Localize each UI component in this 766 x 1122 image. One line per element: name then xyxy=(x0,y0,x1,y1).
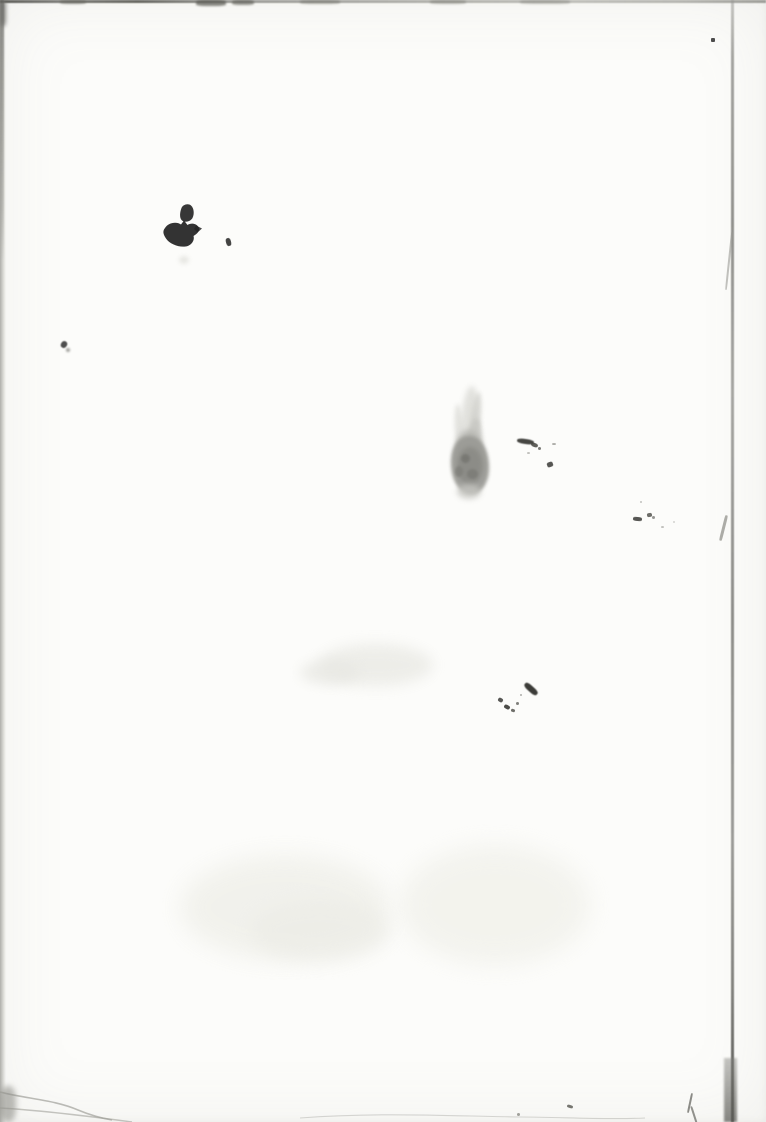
scanned-page xyxy=(0,0,766,1122)
speck-layer xyxy=(0,0,766,1122)
top-edge-blob xyxy=(520,0,570,4)
top-edge-blob xyxy=(300,0,340,4)
ink-speck xyxy=(516,702,519,705)
corner-smudge-bottom-left xyxy=(0,1086,16,1122)
ink-speck xyxy=(661,526,664,528)
wisp-mark xyxy=(690,1106,697,1122)
ink-speck xyxy=(520,694,522,696)
ink-speck xyxy=(633,517,642,522)
ink-speck xyxy=(523,681,539,696)
smudge-fade xyxy=(457,484,481,499)
smudge-mottle xyxy=(455,466,463,477)
ink-speck xyxy=(538,447,541,450)
right-edge-branch xyxy=(725,232,733,290)
ink-speck xyxy=(640,501,642,503)
ink-speck xyxy=(546,461,553,468)
ink-speck xyxy=(652,516,655,519)
right-edge-hook xyxy=(719,515,728,541)
ink-speck xyxy=(711,38,715,42)
top-edge-blob xyxy=(196,0,226,6)
top-edge-blob xyxy=(430,0,466,4)
ink-speck xyxy=(527,452,530,454)
faint-smudge xyxy=(179,256,189,264)
ink-speck xyxy=(225,237,232,246)
ink-speck xyxy=(503,704,510,710)
faint-smudge xyxy=(400,845,590,965)
ink-speck xyxy=(511,708,516,712)
smudge-mottle xyxy=(467,469,478,479)
smudge-mottle xyxy=(461,454,470,463)
faint-smudge xyxy=(300,660,360,685)
ink-speck xyxy=(66,348,70,352)
faint-smudge xyxy=(250,900,390,960)
ink-speck xyxy=(673,521,675,523)
ink-speck xyxy=(567,1104,574,1108)
top-edge-blob xyxy=(60,0,86,4)
corner-mark-top-left xyxy=(0,0,6,26)
top-edge-blob xyxy=(232,0,254,5)
ink-speck xyxy=(552,443,556,445)
ink-speck xyxy=(517,1113,520,1116)
ink-speck xyxy=(497,697,503,703)
